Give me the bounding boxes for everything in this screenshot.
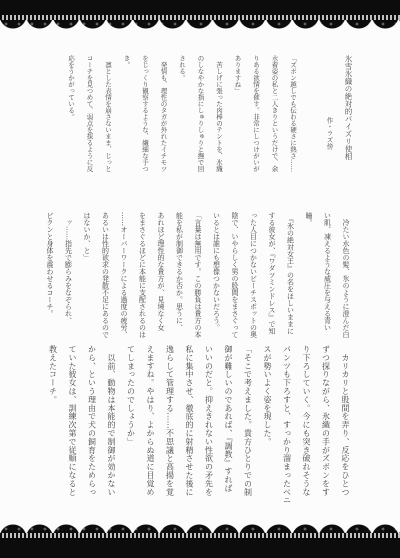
lace-border-bottom — [0, 517, 400, 558]
text-line: あるいは性的欲求の発散不足にあるので — [96, 212, 115, 337]
text-line: カリカリと股間を弄り、反応をひとつ — [336, 345, 356, 510]
text-line: をまさぐるほどに本能に支配されるのは — [133, 212, 152, 337]
text-line: り下ろしていく。今にも突き破れそうな — [297, 345, 317, 510]
text-line: ずつ探りながら、氷織の手がズボンをす — [316, 345, 336, 510]
text-line: き。 — [117, 55, 136, 173]
text-line: スが勢いよく姿を現した。 — [258, 345, 278, 510]
text-line: 陰で、いやらしく男の股間をまさぐって — [226, 212, 245, 337]
text-line: 教えたコーチ。 — [43, 345, 63, 510]
text-line: りある欲情を催す。非常にしつけがいが — [247, 55, 266, 173]
text-line: 苦しげに張った肉棒のテントを、氷織 — [210, 55, 229, 173]
text-line: をじっくり観察するような、繊細な手つ — [136, 55, 155, 173]
text-line: 冷たい水色の髪、氷のように澄んだ白 — [337, 212, 356, 337]
text-line: する彼女が、『ワダツミンドレス』で知 — [263, 212, 282, 337]
text-section-1: 氷雪氷織の絶対的パイズリ使相 作・ラズ傍 「ズボン越しでも伝わる硬さに熱さ……水… — [62, 55, 358, 173]
text-line: ……オーバーワークによる過度の疲労、 — [115, 212, 134, 337]
story-author: 作・ラズ傍 — [320, 117, 339, 173]
text-line: 能を私が制御できるか否か。思うに、 — [170, 212, 189, 337]
text-line: あれほど理性的な貴方が、見境なく女 — [152, 212, 171, 337]
text-line: 瞳。 — [300, 212, 319, 337]
text-line: ありますね」 — [228, 55, 247, 173]
text-line: 応をうかがっている。 — [62, 55, 81, 173]
text-line: される。 — [173, 55, 192, 173]
text-line: てしまったのでしょうか」 — [121, 345, 141, 510]
text-line: ッ……指先で膨らみをなぞられ、 — [59, 212, 78, 337]
text-line: いいのだと。抑えきれない性欲の矛先を — [199, 345, 219, 510]
text-section-3: カリカリと股間を弄り、反応をひとつずつ探りながら、氷織の手がズボンをすり下ろして… — [43, 345, 355, 510]
text-line: えますね。やはり、よからぬ道に目覚め — [141, 345, 161, 510]
text-section-2: 冷たい水色の髪、氷のように澄んだ白い肌、凍えるような威圧を与える青い瞳。 『氷の… — [41, 212, 356, 337]
text-line: ビクンと身体を震わせるコーチ。 — [41, 212, 60, 337]
text-line: 「そこで考えました。貴方ひとりでの制 — [238, 345, 258, 510]
lace-bar-bottom — [0, 538, 400, 558]
text-line: 御が難しいのであれば、『調教』すれば — [219, 345, 239, 510]
text-line: 「言葉は無用です。この勝負は貴方の本 — [189, 212, 208, 337]
text-line: のしなやかな指にしゅりしゅりと撫で回 — [191, 55, 210, 173]
text-line: 以前、動物は本能的で制御が効かない — [102, 345, 122, 510]
story-title: 氷雪氷織の絶対的パイズリ使相 — [339, 55, 358, 173]
text-line: から、という理由で犬の飼育をためらっ — [82, 345, 102, 510]
text-line: 「ズボン越しでも伝わる硬さに熱さ…… — [284, 55, 303, 173]
text-line: 発情も、理性のタガが外れたイチモツ — [154, 55, 173, 173]
text-line: 私に集中させ、徹底的に射精させた後に — [180, 345, 200, 510]
text-line: コーチを見つめて、弱点を探るように反 — [80, 55, 99, 173]
text-line: 凛とした表情を崩さないまま、じっと — [99, 55, 118, 173]
lace-border-top — [0, 0, 400, 36]
text-line: 『氷の絶対女王』の名をほしいままに — [281, 212, 300, 337]
text-line: パンツも下ろすと、すっかり溜まったペニ — [277, 345, 297, 510]
lace-bar-top — [0, 0, 400, 15]
text-line: 水着姿の私と二人きりというだけで、余 — [265, 55, 284, 173]
text-line: ていた彼女は、訓練次第で従順になると — [63, 345, 83, 510]
lace-scallops-top — [0, 20, 400, 36]
text-line: い肌、凍えるような威圧を与える青い — [318, 212, 337, 337]
text-line: った人目につかないビーチスポットの奥 — [244, 212, 263, 337]
text-line: 逸らして管理する……不思議と高揚を覚 — [160, 345, 180, 510]
text-line: はないか、と」 — [78, 212, 97, 337]
novel-page: 氷雪氷織の絶対的パイズリ使相 作・ラズ傍 「ズボン越しでも伝わる硬さに熱さ……水… — [0, 0, 400, 558]
lace-scallops-bottom — [0, 517, 400, 533]
text-line: いるとは誰にも想像つかないだろう。 — [207, 212, 226, 337]
